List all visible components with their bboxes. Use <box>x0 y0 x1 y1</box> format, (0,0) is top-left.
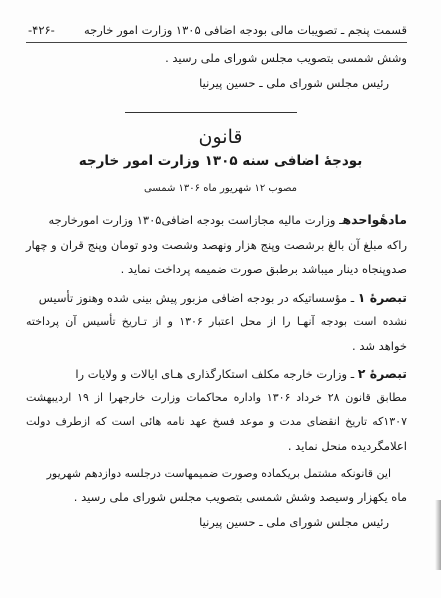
running-header: قسمت پنجم ـ تصویبات مالی بودجه اضافی ۱۳۰… <box>26 22 407 42</box>
law-subtitle: بودجهٔ اضافی سنه ۱۳۰۵ وزارت امور خارجه <box>0 151 441 171</box>
single-article-line-1: مادهٔواحدهـ وزارت مالیه مجازاست بودجه اض… <box>48 212 407 228</box>
note-2-line-2: مطابق قانون ۲۸ خرداد ۱۳۰۶ واداره محاکمات… <box>26 390 407 406</box>
closing-line-1: این قانونکه مشتمل بریکماده وصورت ضمیمهاس… <box>47 466 391 482</box>
closing-line-2: ماه یکهزار وسیصد وشش شمسی بتصویب مجلس شو… <box>74 489 407 505</box>
previous-law-closing-line: وشش شمسی بتصویب مجلس شورای ملی رسید . <box>165 50 407 66</box>
note-1-text-1: ـ مؤسساتیکه در بودجه اضافی مزبور پیش بین… <box>39 291 354 305</box>
note-2-label: تبصرهٔ ۲ <box>358 366 407 381</box>
note-1-line-1: تبصرهٔ ۱ ـ مؤسساتیکه در بودجه اضافی مزبو… <box>39 290 407 306</box>
note-2-line-3: ۱۳۰۷که تاریخ انقضای مدت و موعد فسخ عهد ن… <box>26 414 407 430</box>
single-article-line-3: صدوپنجاه دینار میباشد برطبق صورت ضمیمه پ… <box>121 261 407 277</box>
previous-law-signature: رئیس مجلس شورای ملی ـ حسین پیرنیا <box>199 75 389 91</box>
header-rule <box>26 42 407 43</box>
note-1-line-2: نشده است بودجه آنهـا را از محل اعتبار ۱۳… <box>26 314 407 330</box>
approval-date: مصوب ۱۲ شهریور ماه ۱۳۰۶ شمسی <box>0 182 441 196</box>
single-article-label: مادهٔواحده <box>342 212 407 227</box>
note-1-label: تبصرهٔ ۱ <box>358 290 407 305</box>
note-1-line-3: خواهد شد . <box>352 338 407 354</box>
scanned-document-page: قسمت پنجم ـ تصویبات مالی بودجه اضافی ۱۳۰… <box>0 0 441 598</box>
page-edge-shadow <box>435 500 441 570</box>
section-divider <box>125 112 297 113</box>
law-heading: قانون <box>0 124 441 150</box>
note-2-line-1: تبصرهٔ ۲ ـ وزارت خارجه مکلف استکارگذاری … <box>75 366 407 382</box>
single-article-text-1: ـ وزارت مالیه مجازاست بودجه اضافی۱۳۰۵ وز… <box>48 213 342 227</box>
note-2-text-1: ـ وزارت خارجه مکلف استکارگذاری هـای ایال… <box>75 367 354 381</box>
page-number: -۴۲۶- <box>28 22 55 38</box>
single-article-line-2: راکه مبلغ آن بالغ برشصت وپنج هزار ونهصد … <box>26 237 407 253</box>
law-signature: رئیس مجلس شورای ملی ـ حسین پیرنیا <box>199 514 389 530</box>
note-2-line-4: اعلامگردیده منحل نماید . <box>288 438 407 454</box>
running-title: قسمت پنجم ـ تصویبات مالی بودجه اضافی ۱۳۰… <box>84 22 407 38</box>
